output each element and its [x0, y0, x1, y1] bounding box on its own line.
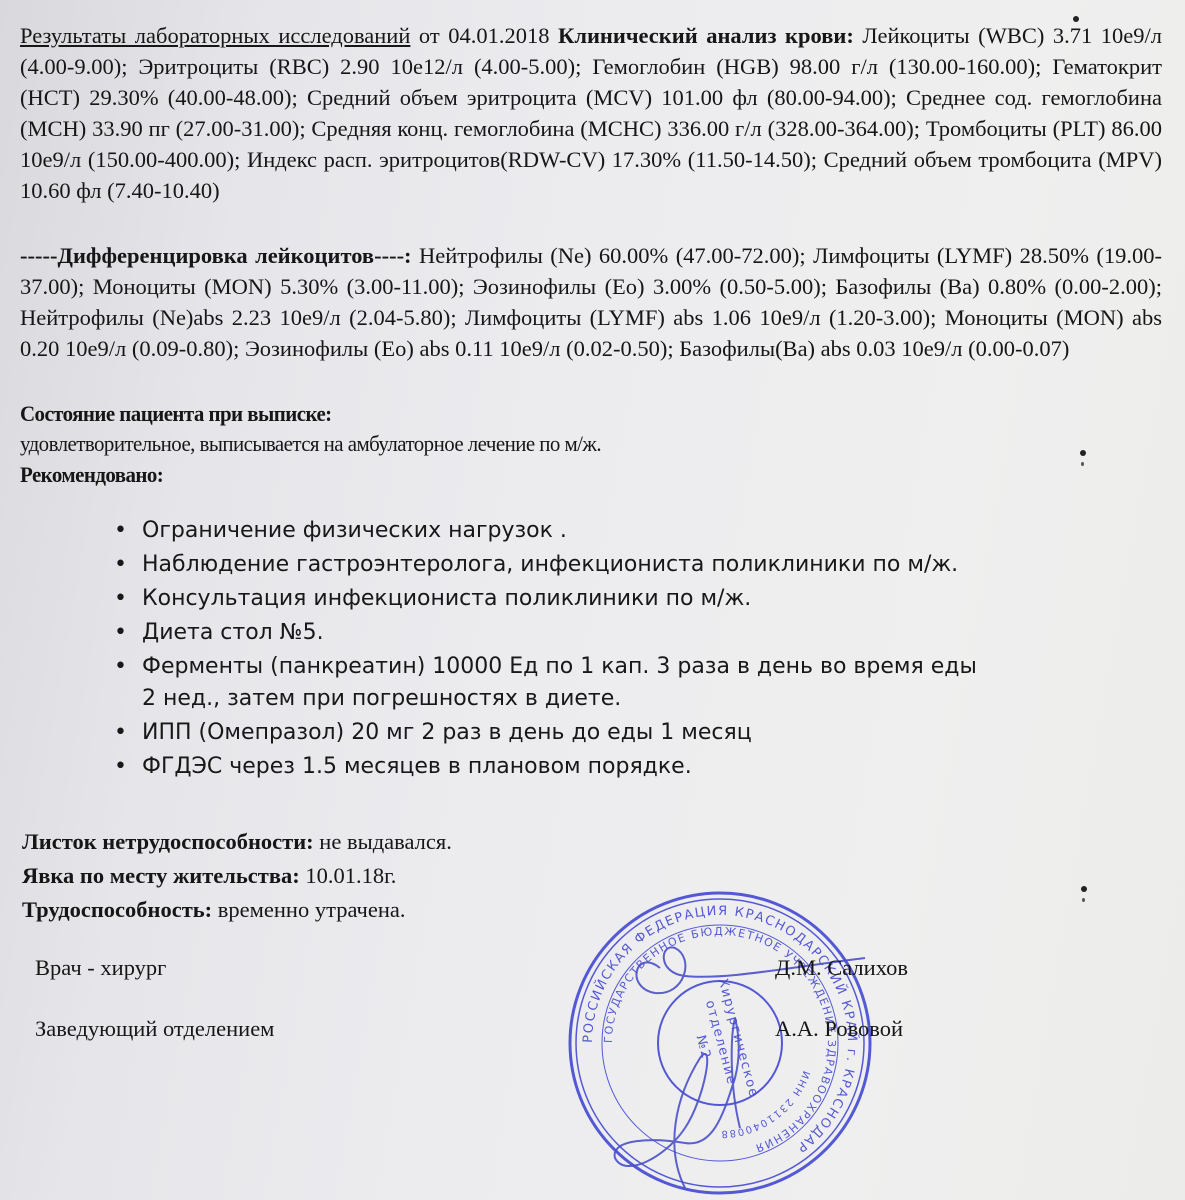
scan-artifact-dot: [1081, 886, 1087, 892]
head-of-department-label: Заведующий отделением: [35, 1013, 274, 1044]
recommendation-item: ИПП (Омепразол) 20 мг 2 раз в день до ед…: [112, 717, 1172, 749]
lab-results-date: от 04.01.2018: [410, 23, 558, 48]
work-capacity-value: временно утрачена.: [212, 897, 405, 922]
recommendation-continuation: 2 нед., затем при погрешностях в диете.: [142, 683, 1172, 715]
condition-text: удовлетворительное, выписывается на амбу…: [20, 428, 601, 459]
recommendations-heading: Рекомендовано:: [20, 459, 163, 490]
recommendation-text: ИПП (Омепразол) 20 мг 2 раз в день до ед…: [142, 720, 752, 745]
leukocyte-differential-paragraph: -----Дифференцировка лейкоцитов----: Ней…: [20, 240, 1162, 364]
visit-label: Явка по месту жительства:: [22, 863, 300, 888]
work-capacity-line: Трудоспособность: временно утрачена.: [22, 894, 406, 925]
sick-leave-line: Листок нетрудоспособности: не выдавался.: [22, 826, 452, 857]
lab-results-paragraph: Результаты лабораторных исследований от …: [20, 20, 1162, 206]
sick-leave-label: Листок нетрудоспособности:: [22, 829, 314, 854]
surgeon-label: Врач - хирург: [35, 952, 166, 983]
scan-artifact-dot: [1080, 450, 1086, 456]
work-capacity-label: Трудоспособность:: [22, 897, 212, 922]
differential-title: -----Дифференцировка лейкоцитов----:: [20, 243, 412, 268]
recommendation-item: Ферменты (панкреатин) 10000 Ед по 1 кап.…: [112, 651, 1172, 715]
sick-leave-value: не выдавался.: [314, 829, 452, 854]
recommendation-item: Ограничение физических нагрузок .: [112, 515, 1172, 547]
recommendation-text: Ферменты (панкреатин) 10000 Ед по 1 кап.…: [142, 654, 977, 679]
recommendation-item: Консультация инфекциониста поликлиники п…: [112, 583, 1172, 615]
recommendation-text: Ограничение физических нагрузок .: [142, 518, 567, 543]
surgeon-name: Д.М. Салихов: [775, 952, 908, 983]
recommendations-list: Ограничение физических нагрузок . Наблюд…: [112, 515, 1172, 785]
recommendation-text: Наблюдение гастроэнтеролога, инфекционис…: [142, 552, 958, 577]
recommendation-item: ФГДЭС через 1.5 месяцев в плановом поряд…: [112, 751, 1172, 783]
condition-heading-text: Состояние пациента при выписке:: [20, 401, 332, 426]
recommendation-text: Консультация инфекциониста поликлиники п…: [142, 586, 751, 611]
scan-artifact-dot: [1073, 16, 1079, 22]
recommendation-item: Наблюдение гастроэнтеролога, инфекционис…: [112, 549, 1172, 581]
stamp-center-3: №2: [693, 1034, 714, 1062]
discharge-document-page: Результаты лабораторных исследований от …: [0, 0, 1185, 1200]
visit-value: 10.01.18г.: [300, 863, 397, 888]
recommendation-text: ФГДЭС через 1.5 месяцев в плановом поряд…: [142, 754, 692, 779]
lab-results-heading: Результаты лабораторных исследований: [20, 23, 410, 48]
scan-artifact-dot: [1081, 462, 1084, 466]
cbc-text: Лейкоциты (WBC) 3.71 10e9/л (4.00-9.00);…: [20, 23, 1162, 203]
recommendation-text: Диета стол №5.: [142, 620, 324, 645]
condition-heading: Состояние пациента при выписке:: [20, 398, 332, 429]
cbc-title: Клинический анализ крови:: [558, 23, 854, 48]
recommendations-heading-text: Рекомендовано:: [20, 462, 163, 487]
head-of-department-name: А.А. Рововой: [775, 1013, 903, 1044]
scan-artifact-dot: [1082, 898, 1085, 902]
recommendation-item: Диета стол №5.: [112, 617, 1172, 649]
visit-line: Явка по месту жительства: 10.01.18г.: [22, 860, 396, 891]
